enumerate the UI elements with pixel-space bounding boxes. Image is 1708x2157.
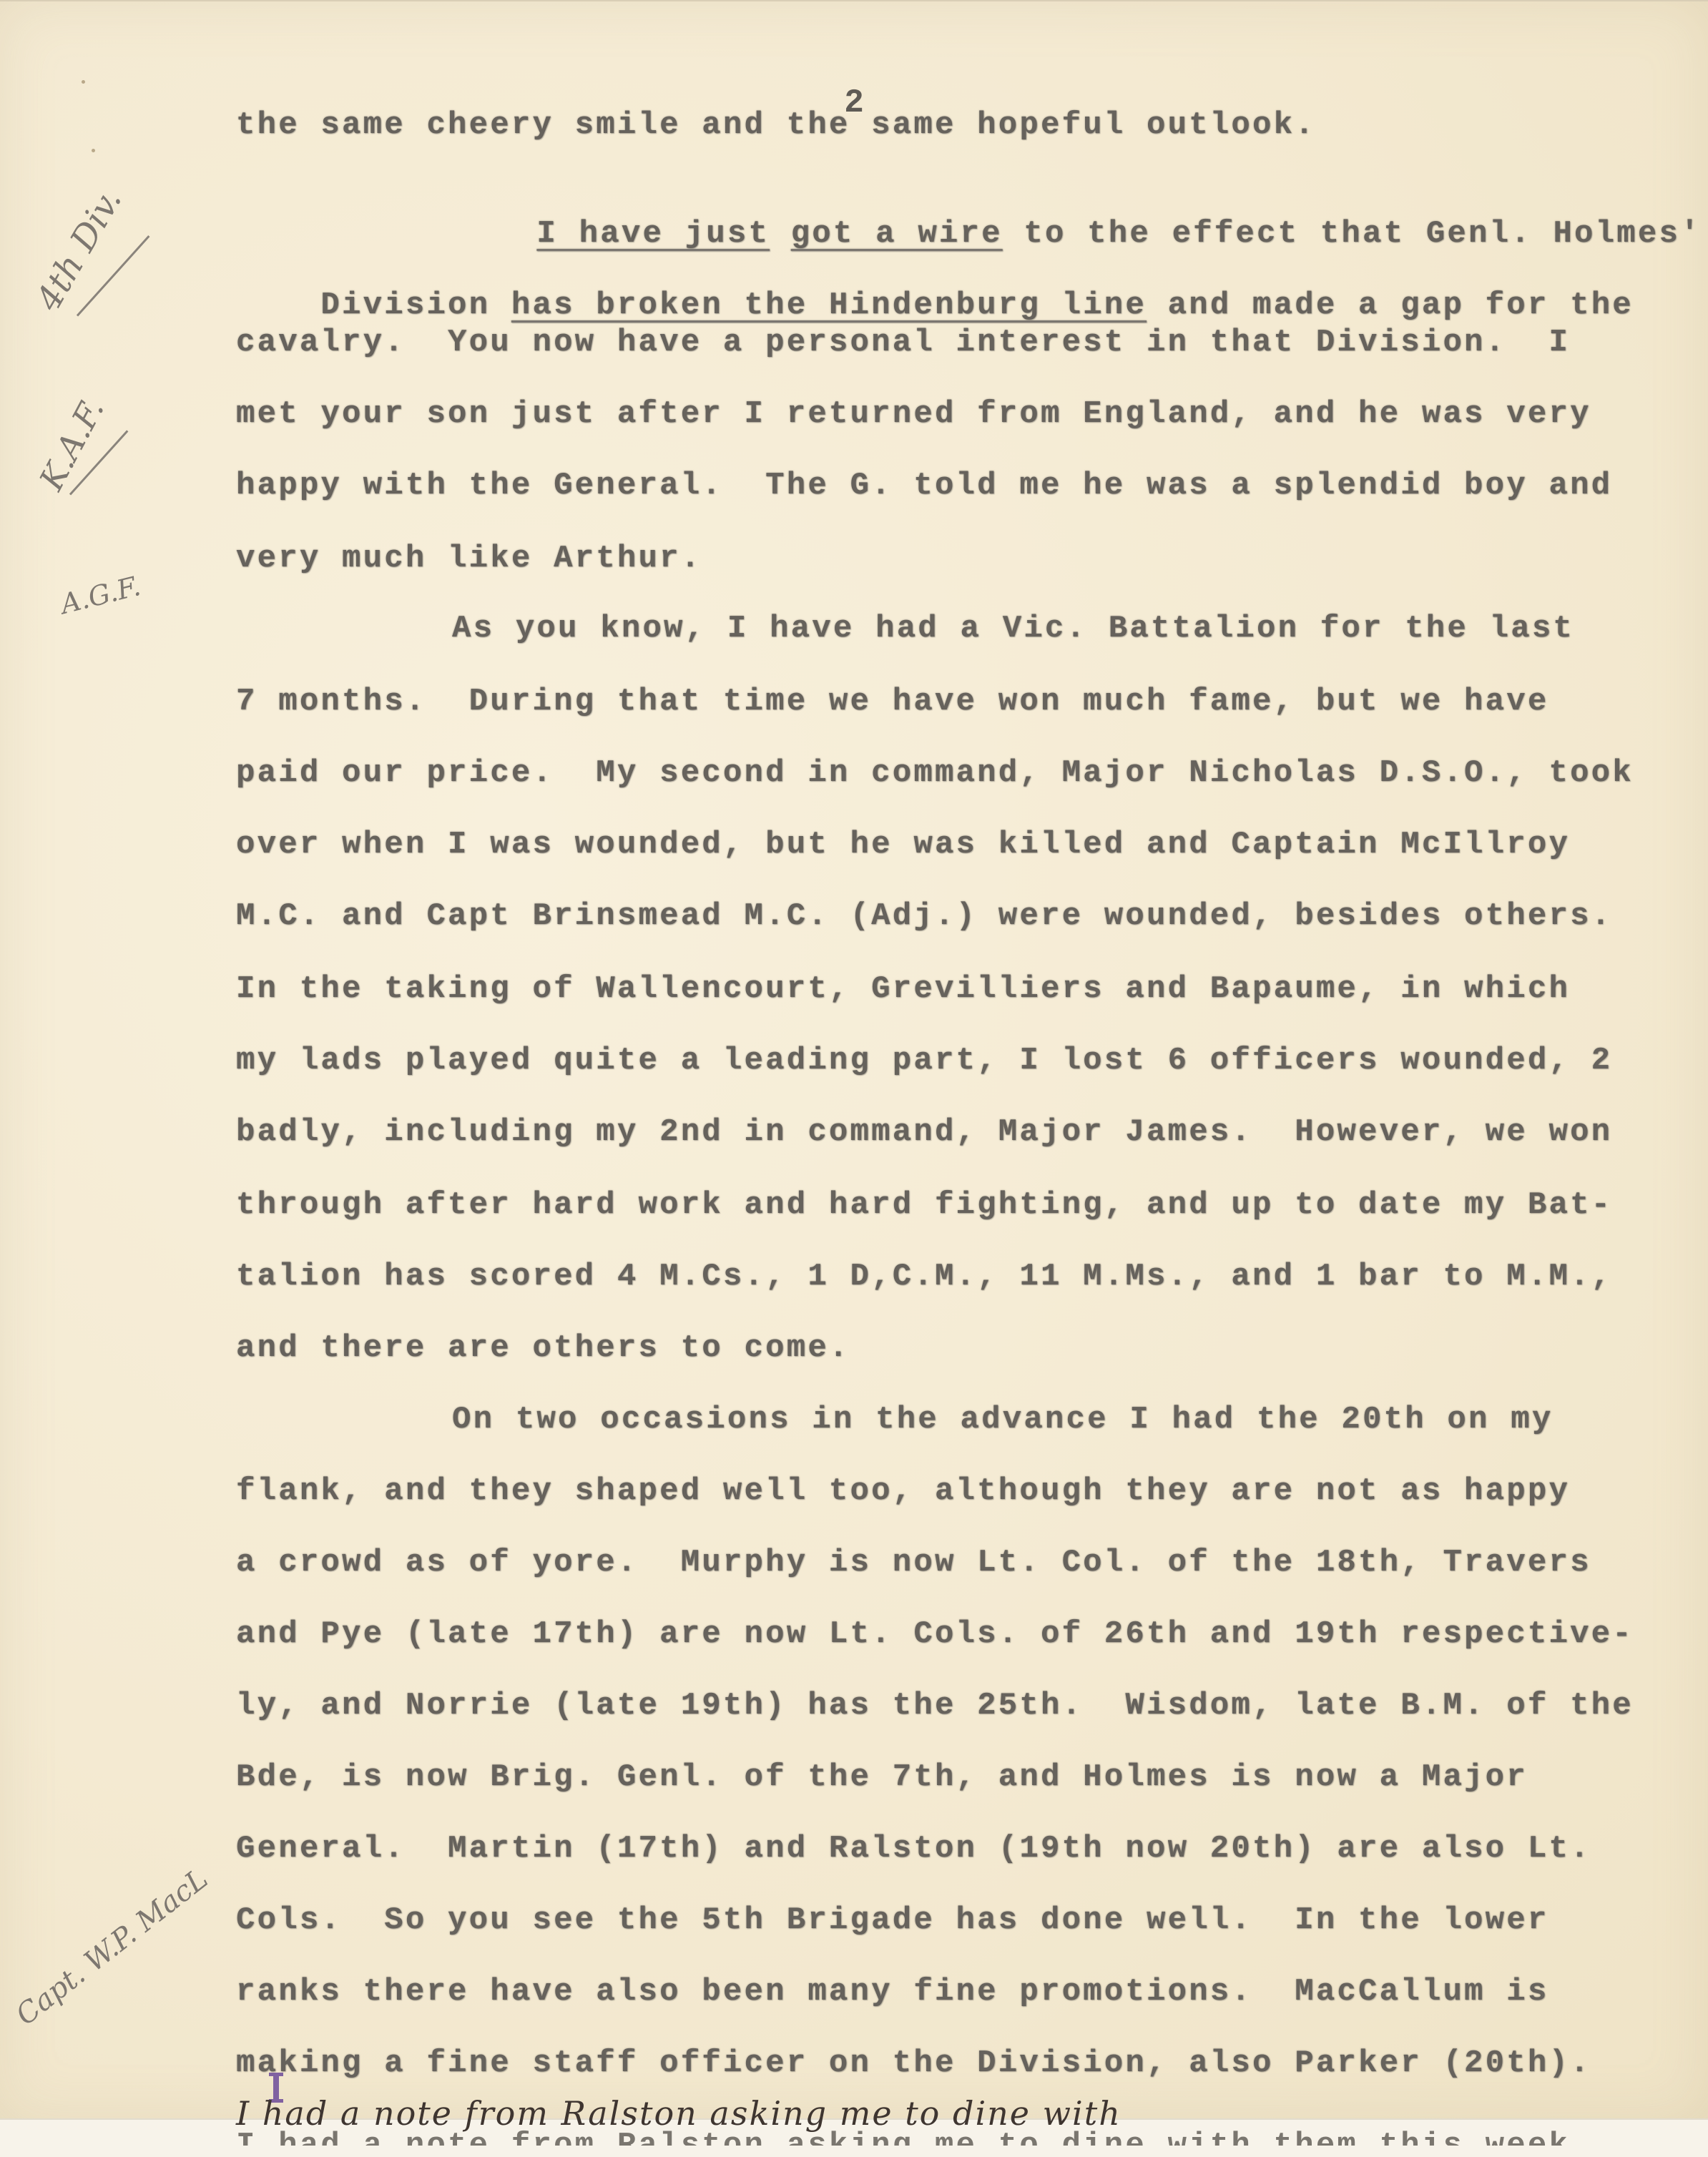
typed-line: As you know, I have had a Vic. Battalion… xyxy=(452,611,1574,647)
text-rest: and made a gap for the xyxy=(1147,288,1634,323)
typed-line: ly, and Norrie (late 19th) has the 25th.… xyxy=(236,1688,1634,1724)
typed-line: over when I was wounded, but he was kill… xyxy=(236,827,1570,863)
cut-off-typed-line: I had a note from Ralston asking me to d… xyxy=(236,2130,1570,2146)
text-rest: to the effect that Genl. Holmes' xyxy=(1003,216,1702,252)
underline-got-a-wire: got a wire xyxy=(791,216,1003,252)
typed-line: ranks there have also been many fine pro… xyxy=(236,1974,1549,2010)
typed-line: General. Martin (17th) and Ralston (19th… xyxy=(236,1831,1591,1867)
typed-line: and there are others to come. xyxy=(236,1330,850,1366)
handwritten-insert: I had a note from Ralston asking me to d… xyxy=(236,2094,1122,2133)
text-space xyxy=(770,216,791,252)
text-division: Division xyxy=(320,288,511,323)
typed-line: through after hard work and hard fightin… xyxy=(236,1187,1612,1223)
typed-line: very much like Arthur. xyxy=(236,541,702,576)
typed-line: the same cheery smile and the same hopef… xyxy=(236,107,1316,143)
typed-line: In the taking of Wallencourt, Grevillier… xyxy=(236,971,1570,1007)
typed-line: met your son just after I returned from … xyxy=(236,396,1591,432)
typed-line: making a fine staff officer on the Divis… xyxy=(236,2045,1591,2081)
underline-i-have-just: I have just xyxy=(536,216,770,252)
underline-hindenburg: has broken the Hindenburg line xyxy=(511,288,1147,323)
typed-line: paid our price. My second in command, Ma… xyxy=(236,755,1634,791)
typed-line: a crowd as of yore. Murphy is now Lt. Co… xyxy=(236,1545,1591,1581)
typed-line: my lads played quite a leading part, I l… xyxy=(236,1043,1612,1078)
paper-speck xyxy=(82,80,85,84)
typed-line: badly, including my 2nd in command, Majo… xyxy=(236,1114,1612,1150)
typed-line: flank, and they shaped well too, althoug… xyxy=(236,1473,1570,1509)
typed-line: 7 months. During that time we have won m… xyxy=(236,684,1549,719)
typed-line: M.C. and Capt Brinsmead M.C. (Adj.) were… xyxy=(236,898,1612,934)
typed-line: On two occasions in the advance I had th… xyxy=(452,1402,1553,1438)
typed-line: Cols. So you see the 5th Brigade has don… xyxy=(236,1902,1549,1938)
typed-line: cavalry. You now have a personal interes… xyxy=(236,325,1570,360)
typed-line: and Pye (late 17th) are now Lt. Cols. of… xyxy=(236,1616,1634,1652)
typed-line: Bde, is now Brig. Genl. of the 7th, and … xyxy=(236,1759,1528,1795)
typed-line: happy with the General. The G. told me h… xyxy=(236,468,1612,503)
typed-line: talion has scored 4 M.Cs., 1 D,C.M., 11 … xyxy=(236,1259,1612,1294)
paper-speck xyxy=(92,149,95,152)
